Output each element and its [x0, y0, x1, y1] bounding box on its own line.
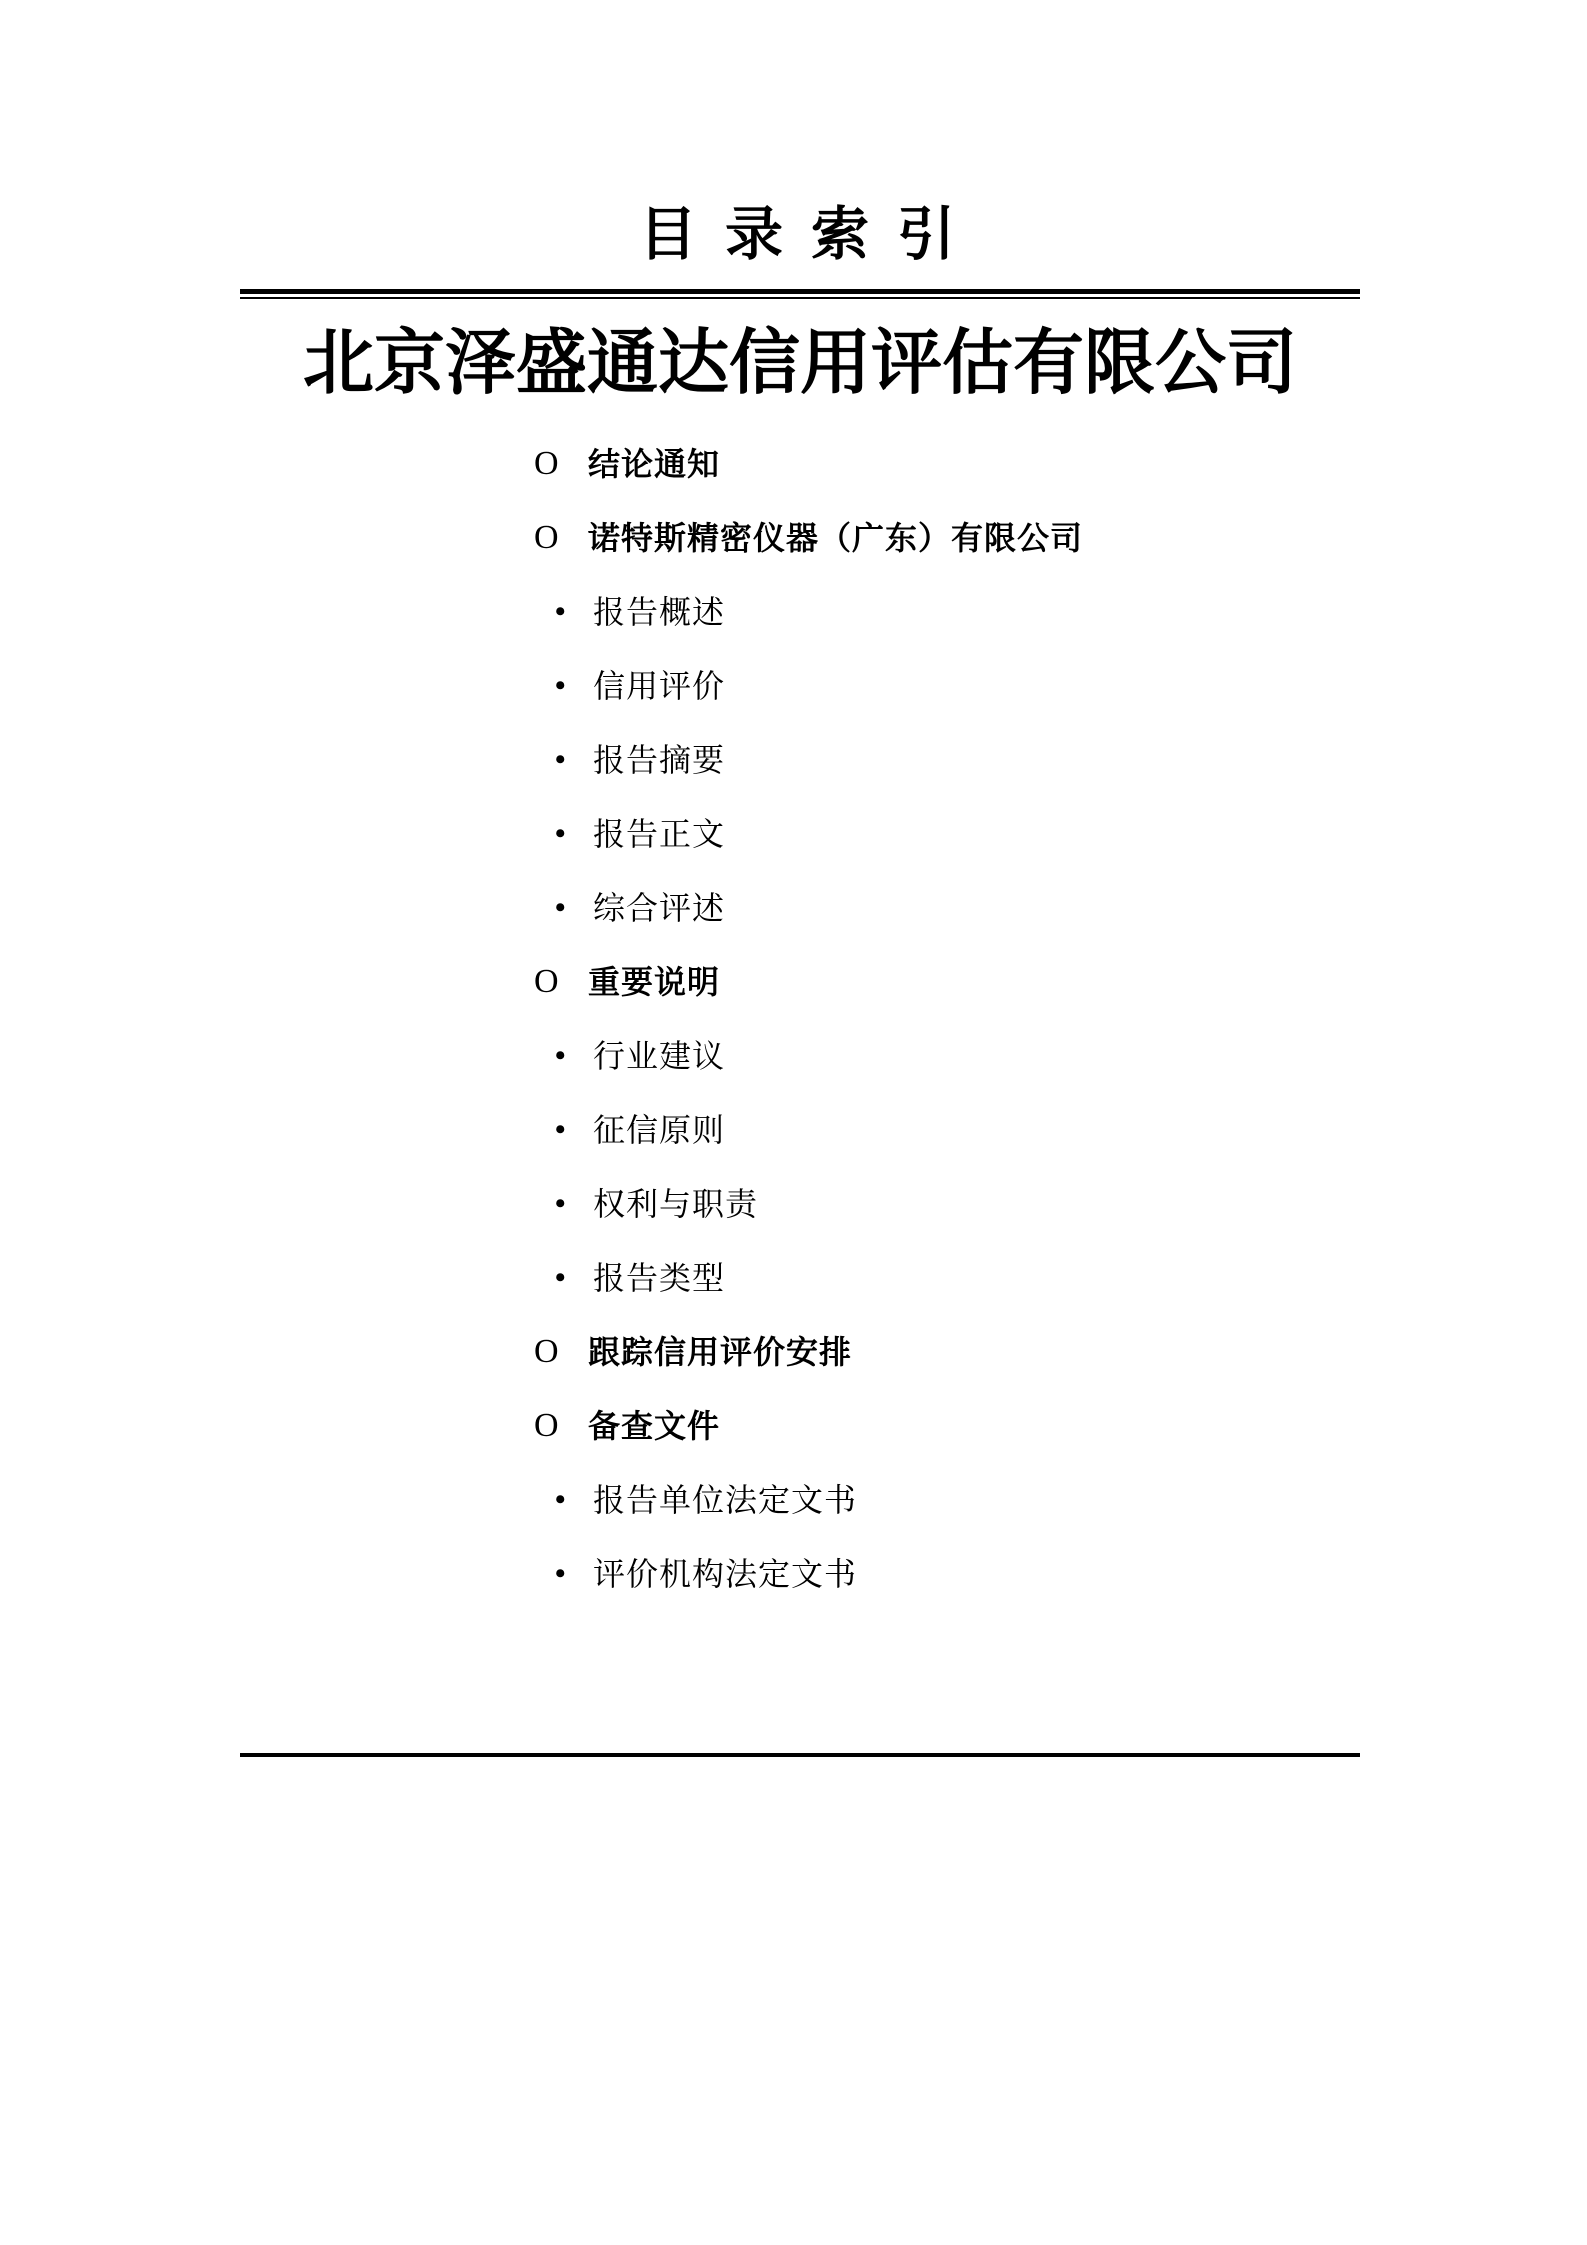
toc-sub-item: •报告类型 [240, 1241, 1360, 1315]
toc-item-label: 综合评述 [593, 892, 725, 924]
toc-sub-item: •报告概述 [240, 575, 1360, 649]
toc-sub-item: •行业建议 [240, 1019, 1360, 1093]
toc-section-item: O跟踪信用评价安排 [240, 1315, 1360, 1389]
toc-item-label: 评价机构法定文书 [593, 1558, 857, 1590]
thick-thin-divider [240, 289, 1360, 299]
company-heading: 北京泽盛通达信用评估有限公司 [240, 318, 1360, 410]
circle-bullet-icon: O [534, 447, 588, 481]
toc-item-label: 诺特斯精密仪器（广东）有限公司 [588, 522, 1083, 554]
toc-sub-item: •报告摘要 [240, 723, 1360, 797]
toc-sub-item: •征信原则 [240, 1093, 1360, 1167]
toc-item-label: 重要说明 [588, 966, 720, 998]
toc-item-label: 权利与职责 [593, 1188, 758, 1220]
circle-bullet-icon: O [534, 1335, 588, 1369]
toc-sub-item: •权利与职责 [240, 1167, 1360, 1241]
toc-sub-item: •综合评述 [240, 871, 1360, 945]
dot-bullet-icon: • [555, 745, 593, 775]
toc-sub-item: •评价机构法定文书 [240, 1537, 1360, 1611]
toc-section-item: O备查文件 [240, 1389, 1360, 1463]
dot-bullet-icon: • [555, 1485, 593, 1515]
page-content: 目 录 索 引 北京泽盛通达信用评估有限公司 O结论通知O诺特斯精密仪器（广东）… [240, 0, 1360, 2245]
toc-item-label: 跟踪信用评价安排 [588, 1336, 852, 1368]
dot-bullet-icon: • [555, 893, 593, 923]
toc-item-label: 报告摘要 [593, 744, 725, 776]
toc-item-label: 备查文件 [588, 1410, 720, 1442]
dot-bullet-icon: • [555, 671, 593, 701]
circle-bullet-icon: O [534, 965, 588, 999]
toc-section-item: O诺特斯精密仪器（广东）有限公司 [240, 501, 1360, 575]
dot-bullet-icon: • [555, 1189, 593, 1219]
toc-section-item: O重要说明 [240, 945, 1360, 1019]
toc-item-label: 结论通知 [588, 448, 720, 480]
dot-bullet-icon: • [555, 1263, 593, 1293]
toc-sub-item: •报告单位法定文书 [240, 1463, 1360, 1537]
dot-bullet-icon: • [555, 597, 593, 627]
circle-bullet-icon: O [534, 1409, 588, 1443]
document-page: 目 录 索 引 北京泽盛通达信用评估有限公司 O结论通知O诺特斯精密仪器（广东）… [0, 0, 1587, 2245]
toc-item-label: 征信原则 [593, 1114, 725, 1146]
page-title: 目 录 索 引 [240, 203, 1360, 267]
toc-item-label: 报告正文 [593, 818, 725, 850]
toc-item-label: 报告类型 [593, 1262, 725, 1294]
dot-bullet-icon: • [555, 1559, 593, 1589]
dot-bullet-icon: • [555, 1115, 593, 1145]
bottom-divider [240, 1753, 1360, 1757]
toc-item-label: 报告概述 [593, 596, 725, 628]
dot-bullet-icon: • [555, 1041, 593, 1071]
toc-section-item: O结论通知 [240, 427, 1360, 501]
toc-sub-item: •报告正文 [240, 797, 1360, 871]
toc-list: O结论通知O诺特斯精密仪器（广东）有限公司•报告概述•信用评价•报告摘要•报告正… [240, 427, 1360, 1611]
dot-bullet-icon: • [555, 819, 593, 849]
toc-item-label: 报告单位法定文书 [593, 1484, 857, 1516]
toc-sub-item: •信用评价 [240, 649, 1360, 723]
toc-item-label: 信用评价 [593, 670, 725, 702]
circle-bullet-icon: O [534, 521, 588, 555]
toc-item-label: 行业建议 [593, 1040, 725, 1072]
